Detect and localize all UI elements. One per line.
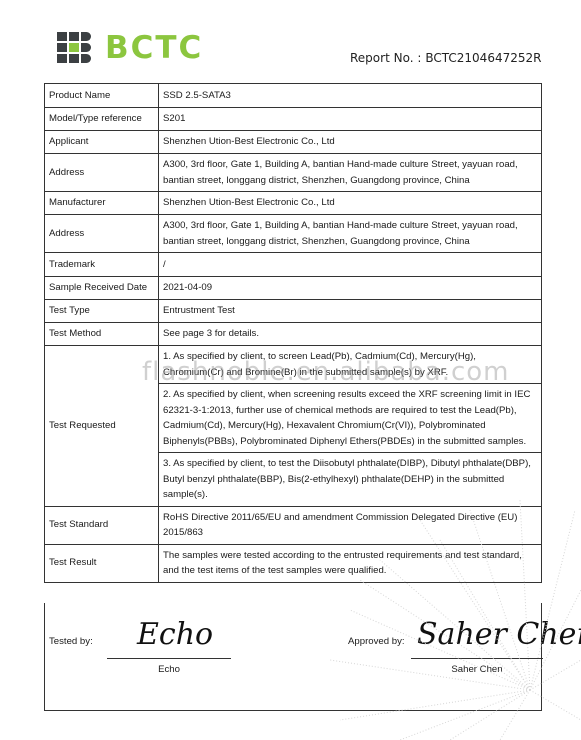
row-value: A300, 3rd floor, Gate 1, Building A, ban… xyxy=(159,215,542,253)
row-label: Trademark xyxy=(45,253,159,277)
tested-by-line xyxy=(107,658,231,659)
row-value: 2021-04-09 xyxy=(159,277,542,300)
test-requested-item: 3. As specified by client, to test the D… xyxy=(159,452,541,506)
row-label: Applicant xyxy=(45,131,159,154)
approved-by-name: Saher Chen xyxy=(411,664,543,675)
row-label: Address xyxy=(45,154,159,192)
tested-by-signature: Echo xyxy=(137,617,213,652)
signature-section: Tested by: Echo Echo Approved by: Saher … xyxy=(44,603,542,711)
row-label: Test Requested xyxy=(45,346,159,507)
brand-name: BCTC xyxy=(105,30,203,66)
bctc-logo-icon xyxy=(57,32,93,64)
test-requested-item: 1. As specified by client, to screen Lea… xyxy=(163,346,537,383)
table-row: Manufacturer Shenzhen Ution-Best Electro… xyxy=(45,192,542,215)
row-label: Address xyxy=(45,215,159,253)
tested-by-name: Echo xyxy=(107,664,231,675)
table-row: Product Name SSD 2.5-SATA3 xyxy=(45,84,542,108)
tested-by-label: Tested by: xyxy=(49,636,93,647)
row-value: Shenzhen Ution-Best Electronic Co., Ltd xyxy=(159,131,542,154)
report-number: Report No. :BCTC2104647252R xyxy=(350,51,541,65)
table-row: Trademark / xyxy=(45,253,542,277)
row-label: Product Name xyxy=(45,84,159,108)
row-value: The samples were tested according to the… xyxy=(159,544,542,582)
approved-by-signature: Saher Chen xyxy=(417,617,581,652)
report-info-table: Product Name SSD 2.5-SATA3 Model/Type re… xyxy=(44,83,542,583)
row-label: Sample Received Date xyxy=(45,277,159,300)
report-number-value: BCTC2104647252R xyxy=(425,51,541,65)
report-number-label: Report No. : xyxy=(350,51,421,65)
table-row: Applicant Shenzhen Ution-Best Electronic… xyxy=(45,131,542,154)
row-value: See page 3 for details. xyxy=(159,323,542,346)
row-value: A300, 3rd floor, Gate 1, Building A, ban… xyxy=(159,154,542,192)
row-value: Entrustment Test xyxy=(159,300,542,323)
table-row: Address A300, 3rd floor, Gate 1, Buildin… xyxy=(45,215,542,253)
approved-by-line xyxy=(411,658,543,659)
table-row: Test Type Entrustment Test xyxy=(45,300,542,323)
row-label: Manufacturer xyxy=(45,192,159,215)
table-row-test-standard: Test Standard RoHS Directive 2011/65/EU … xyxy=(45,506,542,544)
test-requested-item: 2. As specified by client, when screenin… xyxy=(159,383,541,452)
row-value: S201 xyxy=(159,108,542,131)
row-label: Test Type xyxy=(45,300,159,323)
table-row-test-requested: Test Requested 1. As specified by client… xyxy=(45,346,542,507)
table-row: Address A300, 3rd floor, Gate 1, Buildin… xyxy=(45,154,542,192)
table-row: Test Method See page 3 for details. xyxy=(45,323,542,346)
table-row: Model/Type reference S201 xyxy=(45,108,542,131)
row-label: Test Standard xyxy=(45,506,159,544)
row-value: / xyxy=(159,253,542,277)
row-value: Shenzhen Ution-Best Electronic Co., Ltd xyxy=(159,192,542,215)
row-label: Model/Type reference xyxy=(45,108,159,131)
row-label: Test Result xyxy=(45,544,159,582)
table-row: Sample Received Date 2021-04-09 xyxy=(45,277,542,300)
bctc-logo: BCTC xyxy=(57,30,203,66)
approved-by-label: Approved by: xyxy=(348,636,405,647)
row-value: SSD 2.5-SATA3 xyxy=(159,84,542,108)
row-value: RoHS Directive 2011/65/EU and amendment … xyxy=(159,506,542,544)
test-requested-list: 1. As specified by client, to screen Lea… xyxy=(159,346,542,507)
table-row-test-result: Test Result The samples were tested acco… xyxy=(45,544,542,582)
row-label: Test Method xyxy=(45,323,159,346)
